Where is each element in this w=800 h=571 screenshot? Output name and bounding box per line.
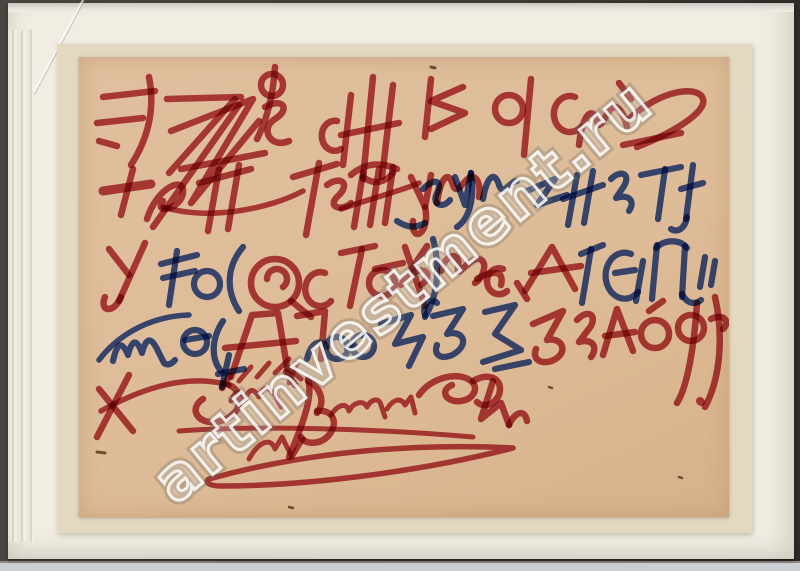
red-marker-stroke	[331, 400, 385, 417]
blue-marker-stroke	[652, 245, 657, 299]
sheet-top-crease	[8, 3, 794, 12]
red-marker-stroke	[619, 83, 631, 99]
blue-marker-stroke	[615, 270, 635, 273]
artwork-strokes	[79, 57, 729, 517]
speck-marker-stroke	[549, 387, 552, 388]
red-marker-stroke	[327, 181, 351, 208]
blue-marker-stroke	[611, 174, 632, 211]
red-marker-stroke	[99, 141, 117, 146]
blue-marker-stroke	[433, 309, 463, 357]
red-marker-stroke	[109, 249, 129, 275]
blue-marker-stroke	[682, 246, 685, 297]
red-marker-stroke	[341, 246, 375, 253]
red-marker-stroke	[369, 270, 395, 296]
speck-marker-stroke	[431, 67, 435, 68]
blue-marker-stroke	[483, 177, 517, 199]
blue-marker-stroke	[641, 167, 681, 175]
speck-marker-stroke	[679, 477, 682, 478]
speck-marker-stroke	[289, 507, 293, 508]
blue-marker-stroke	[185, 336, 209, 340]
blue-marker-stroke	[230, 247, 243, 311]
photo-of-artwork: artinvestment.ru artinvestment.ru	[0, 0, 800, 571]
blue-marker-stroke	[113, 340, 175, 364]
red-marker-stroke	[524, 79, 531, 155]
red-marker-stroke	[375, 263, 403, 269]
red-marker-stroke	[167, 97, 241, 99]
blue-marker-stroke	[483, 305, 521, 362]
red-marker-stroke	[705, 297, 720, 407]
speck-marker-stroke	[97, 452, 105, 453]
table-surface	[0, 561, 800, 571]
blue-marker-stroke	[658, 169, 665, 219]
blue-marker-stroke	[381, 315, 423, 366]
blue-marker-stroke	[161, 255, 197, 264]
blue-marker-stroke	[581, 245, 603, 254]
red-marker-stroke	[350, 249, 362, 306]
red-marker-stroke	[267, 269, 287, 287]
blue-marker-stroke	[347, 346, 355, 348]
red-marker-stroke	[649, 301, 663, 311]
red-marker-stroke	[104, 297, 121, 309]
blue-marker-stroke	[671, 217, 687, 231]
red-marker-stroke	[431, 87, 465, 129]
blue-marker-stroke	[711, 261, 715, 285]
blue-marker-stroke	[606, 253, 638, 299]
blue-marker-stroke	[495, 362, 529, 369]
blue-marker-stroke	[700, 257, 705, 287]
blue-marker-stroke	[584, 171, 593, 223]
blue-marker-stroke	[214, 321, 223, 371]
red-marker-stroke	[103, 91, 155, 97]
red-marker-stroke	[341, 183, 419, 209]
red-marker-stroke	[97, 118, 143, 123]
red-marker-stroke	[579, 107, 627, 145]
stacked-page-edges	[8, 30, 34, 542]
red-marker-stroke	[509, 413, 527, 425]
red-marker-stroke	[419, 376, 475, 401]
blue-marker-stroke	[636, 261, 643, 301]
drawing-paper	[79, 57, 729, 517]
red-marker-stroke	[196, 385, 240, 422]
red-marker-stroke	[605, 332, 635, 336]
red-marker-stroke	[495, 95, 523, 123]
red-marker-stroke	[554, 96, 581, 132]
blue-marker-stroke	[686, 165, 693, 219]
red-marker-stroke	[533, 311, 563, 362]
red-marker-stroke	[257, 363, 269, 377]
blue-marker-stroke	[163, 271, 195, 278]
blue-marker-stroke	[582, 249, 591, 303]
red-marker-stroke	[641, 320, 669, 348]
blue-marker-stroke	[194, 271, 220, 297]
red-marker-stroke	[577, 314, 594, 357]
red-marker-stroke	[700, 401, 701, 402]
blue-marker-stroke	[681, 183, 703, 189]
red-marker-stroke	[387, 397, 415, 413]
red-marker-stroke	[305, 272, 331, 306]
blue-marker-stroke	[563, 185, 603, 199]
